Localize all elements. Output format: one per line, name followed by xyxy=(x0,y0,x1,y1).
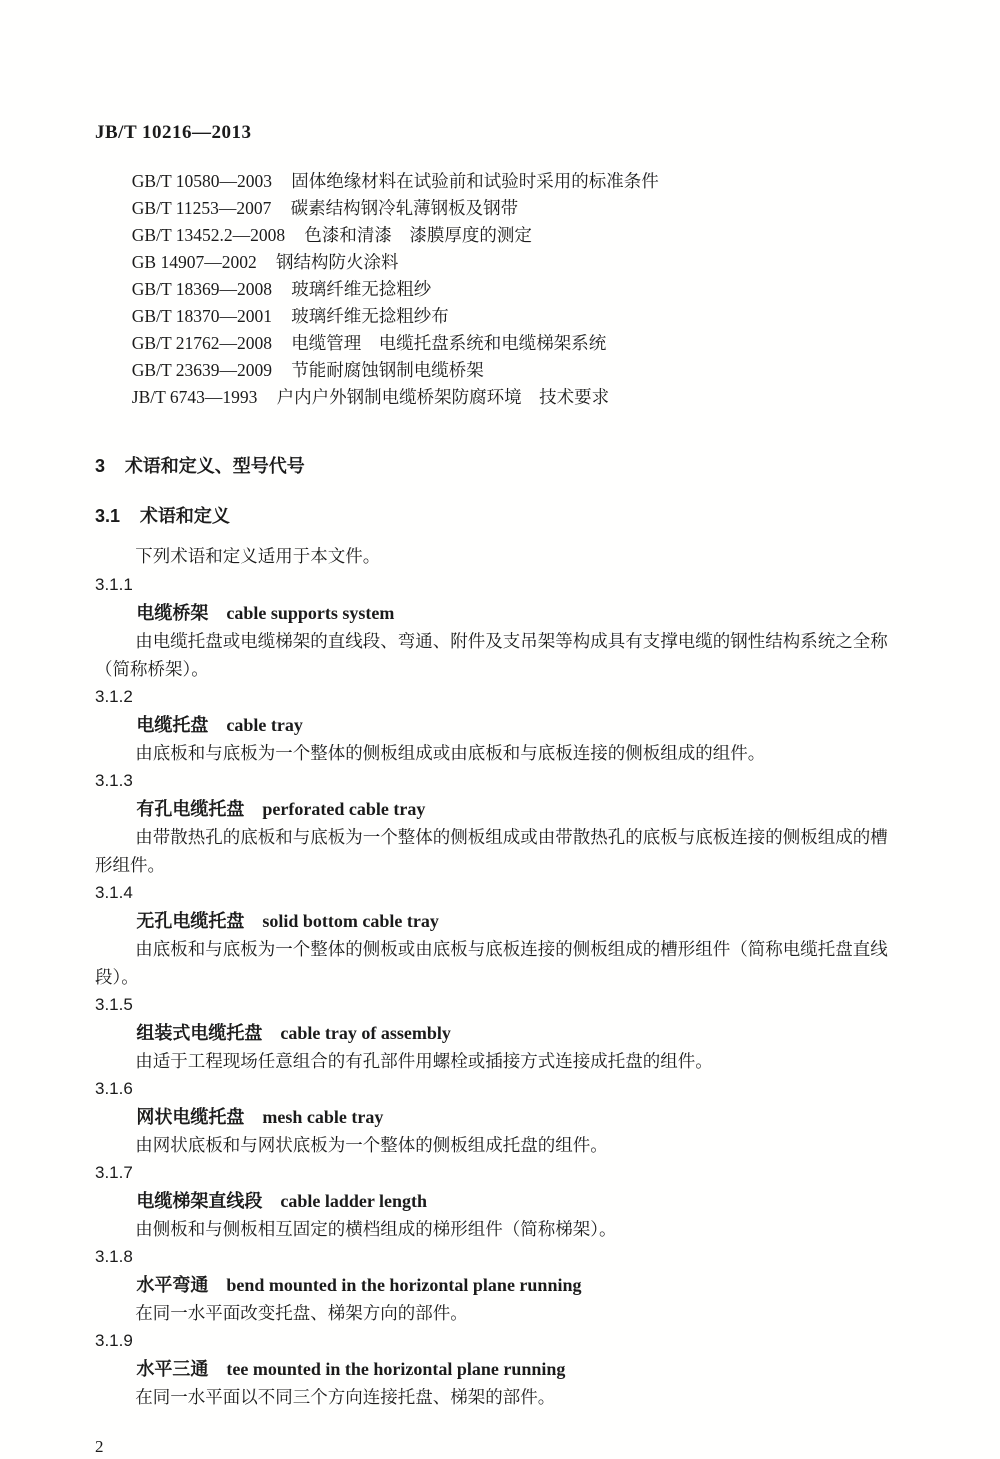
references-list: GB/T 10580—2003固体绝缘材料在试验前和试验时采用的标准条件 GB/… xyxy=(132,168,905,411)
standard-number-header: JB/T 10216—2013 xyxy=(95,122,905,144)
reference-title: 色漆和清漆 漆膜厚度的测定 xyxy=(304,225,532,245)
term-heading: 无孔电缆托盘solid bottom cable tray xyxy=(136,907,905,935)
term-heading: 电缆梯架直线段cable ladder length xyxy=(136,1187,905,1215)
term-name-zh: 无孔电缆托盘 xyxy=(136,911,244,931)
term-number: 3.1.3 xyxy=(95,767,905,795)
term-entry: 3.1.7 电缆梯架直线段cable ladder length 由侧板和与侧板… xyxy=(95,1159,905,1243)
term-definition: 由底板和与底板为一个整体的侧板组成或由底板和与底板连接的侧板组成的组件。 xyxy=(95,739,905,767)
term-heading: 有孔电缆托盘perforated cable tray xyxy=(136,795,905,823)
term-entry: 3.1.5 组装式电缆托盘cable tray of assembly 由适于工… xyxy=(95,991,905,1075)
term-entry: 3.1.4 无孔电缆托盘solid bottom cable tray 由底板和… xyxy=(95,879,905,991)
reference-item: GB/T 18370—2001玻璃纤维无捻粗纱布 xyxy=(132,303,905,330)
term-name-zh: 水平弯通 xyxy=(136,1275,208,1295)
reference-code: GB/T 18369—2008 xyxy=(132,279,272,299)
reference-item: GB/T 18369—2008玻璃纤维无捻粗纱 xyxy=(132,276,905,303)
term-number: 3.1.7 xyxy=(95,1159,905,1187)
term-heading: 网状电缆托盘mesh cable tray xyxy=(136,1103,905,1131)
term-name-en: cable supports system xyxy=(226,603,394,623)
reference-code: GB/T 10580—2003 xyxy=(132,171,272,191)
reference-item: JB/T 6743—1993户内户外钢制电缆桥架防腐环境 技术要求 xyxy=(132,384,905,411)
term-entry: 3.1.6 网状电缆托盘mesh cable tray 由网状底板和与网状底板为… xyxy=(95,1075,905,1159)
reference-title: 电缆管理 电缆托盘系统和电缆梯架系统 xyxy=(291,333,606,353)
term-definition: 在同一水平面改变托盘、梯架方向的部件。 xyxy=(95,1299,905,1327)
document-page: JB/T 10216—2013 GB/T 10580—2003固体绝缘材料在试验… xyxy=(0,0,1000,1459)
term-name-en: cable ladder length xyxy=(280,1191,427,1211)
term-entry: 3.1.8 水平弯通bend mounted in the horizontal… xyxy=(95,1243,905,1327)
term-definition: 在同一水平面以不同三个方向连接托盘、梯架的部件。 xyxy=(95,1383,905,1411)
term-number: 3.1.2 xyxy=(95,683,905,711)
term-heading: 电缆托盘cable tray xyxy=(136,711,905,739)
reference-code: GB/T 21762—2008 xyxy=(132,333,272,353)
reference-title: 玻璃纤维无捻粗纱 xyxy=(291,279,431,299)
term-name-zh: 电缆桥架 xyxy=(136,603,208,623)
reference-item: GB/T 21762—2008电缆管理 电缆托盘系统和电缆梯架系统 xyxy=(132,330,905,357)
term-name-en: perforated cable tray xyxy=(262,799,425,819)
page-number: 2 xyxy=(95,1437,905,1457)
term-name-zh: 组装式电缆托盘 xyxy=(136,1023,262,1043)
term-definition: 由侧板和与侧板相互固定的横档组成的梯形组件（简称梯架）。 xyxy=(95,1215,905,1243)
term-heading: 组装式电缆托盘cable tray of assembly xyxy=(136,1019,905,1047)
reference-item: GB/T 10580—2003固体绝缘材料在试验前和试验时采用的标准条件 xyxy=(132,168,905,195)
reference-item: GB/T 13452.2—2008色漆和清漆 漆膜厚度的测定 xyxy=(132,222,905,249)
term-definition: 由适于工程现场任意组合的有孔部件用螺栓或插接方式连接成托盘的组件。 xyxy=(95,1047,905,1075)
reference-code: GB/T 13452.2—2008 xyxy=(132,225,285,245)
term-name-zh: 网状电缆托盘 xyxy=(136,1107,244,1127)
term-definition: 由网状底板和与网状底板为一个整体的侧板组成托盘的组件。 xyxy=(95,1131,905,1159)
term-name-zh: 电缆梯架直线段 xyxy=(136,1191,262,1211)
reference-code: GB/T 11253—2007 xyxy=(132,198,272,218)
term-entry: 3.1.1 电缆桥架cable supports system 由电缆托盘或电缆… xyxy=(95,571,905,683)
section-3-1-title: 术语和定义 xyxy=(140,506,230,526)
term-number: 3.1.8 xyxy=(95,1243,905,1271)
term-name-en: cable tray xyxy=(226,715,302,735)
term-number: 3.1.9 xyxy=(95,1327,905,1355)
term-name-zh: 电缆托盘 xyxy=(136,715,208,735)
term-name-en: solid bottom cable tray xyxy=(262,911,438,931)
term-name-zh: 有孔电缆托盘 xyxy=(136,799,244,819)
term-heading: 水平弯通bend mounted in the horizontal plane… xyxy=(136,1271,905,1299)
term-name-en: mesh cable tray xyxy=(262,1107,383,1127)
term-definition: 由底板和与底板为一个整体的侧板或由底板与底板连接的侧板组成的槽形组件（简称电缆托… xyxy=(95,935,905,991)
term-definition: 由带散热孔的底板和与底板为一个整体的侧板组成或由带散热孔的底板与底板连接的侧板组… xyxy=(95,823,905,879)
section-3-1-heading: 3.1术语和定义 xyxy=(95,505,905,527)
reference-code: GB 14907—2002 xyxy=(132,252,257,272)
reference-title: 钢结构防火涂料 xyxy=(276,252,399,272)
reference-item: GB/T 11253—2007碳素结构钢冷轧薄钢板及钢带 xyxy=(132,195,905,222)
section-3-title: 术语和定义、型号代号 xyxy=(125,456,305,476)
term-name-en: cable tray of assembly xyxy=(280,1023,450,1043)
reference-code: JB/T 6743—1993 xyxy=(132,387,258,407)
term-number: 3.1.1 xyxy=(95,571,905,599)
term-number: 3.1.5 xyxy=(95,991,905,1019)
term-entry: 3.1.2 电缆托盘cable tray 由底板和与底板为一个整体的侧板组成或由… xyxy=(95,683,905,767)
term-definition: 由电缆托盘或电缆梯架的直线段、弯通、附件及支吊架等构成具有支撑电缆的钢性结构系统… xyxy=(95,627,905,683)
reference-title: 玻璃纤维无捻粗纱布 xyxy=(291,306,449,326)
term-entry: 3.1.3 有孔电缆托盘perforated cable tray 由带散热孔的… xyxy=(95,767,905,879)
reference-item: GB/T 23639—2009节能耐腐蚀钢制电缆桥架 xyxy=(132,357,905,384)
term-heading: 电缆桥架cable supports system xyxy=(136,599,905,627)
term-entry: 3.1.9 水平三通tee mounted in the horizontal … xyxy=(95,1327,905,1411)
reference-title: 碳素结构钢冷轧薄钢板及钢带 xyxy=(291,198,519,218)
reference-title: 节能耐腐蚀钢制电缆桥架 xyxy=(291,360,484,380)
reference-title: 固体绝缘材料在试验前和试验时采用的标准条件 xyxy=(291,171,659,191)
section-3-number: 3 xyxy=(95,456,105,476)
section-3-heading: 3术语和定义、型号代号 xyxy=(95,455,905,477)
term-heading: 水平三通tee mounted in the horizontal plane … xyxy=(136,1355,905,1383)
term-name-en: tee mounted in the horizontal plane runn… xyxy=(226,1359,565,1379)
term-name-en: bend mounted in the horizontal plane run… xyxy=(226,1275,581,1295)
term-name-zh: 水平三通 xyxy=(136,1359,208,1379)
reference-code: GB/T 23639—2009 xyxy=(132,360,272,380)
section-3-1-number: 3.1 xyxy=(95,506,120,526)
term-number: 3.1.6 xyxy=(95,1075,905,1103)
reference-item: GB 14907—2002钢结构防火涂料 xyxy=(132,249,905,276)
terms-list: 3.1.1 电缆桥架cable supports system 由电缆托盘或电缆… xyxy=(95,571,905,1411)
reference-code: GB/T 18370—2001 xyxy=(132,306,272,326)
terms-intro-sentence: 下列术语和定义适用于本文件。 xyxy=(95,543,905,570)
reference-title: 户内户外钢制电缆桥架防腐环境 技术要求 xyxy=(277,387,610,407)
term-number: 3.1.4 xyxy=(95,879,905,907)
